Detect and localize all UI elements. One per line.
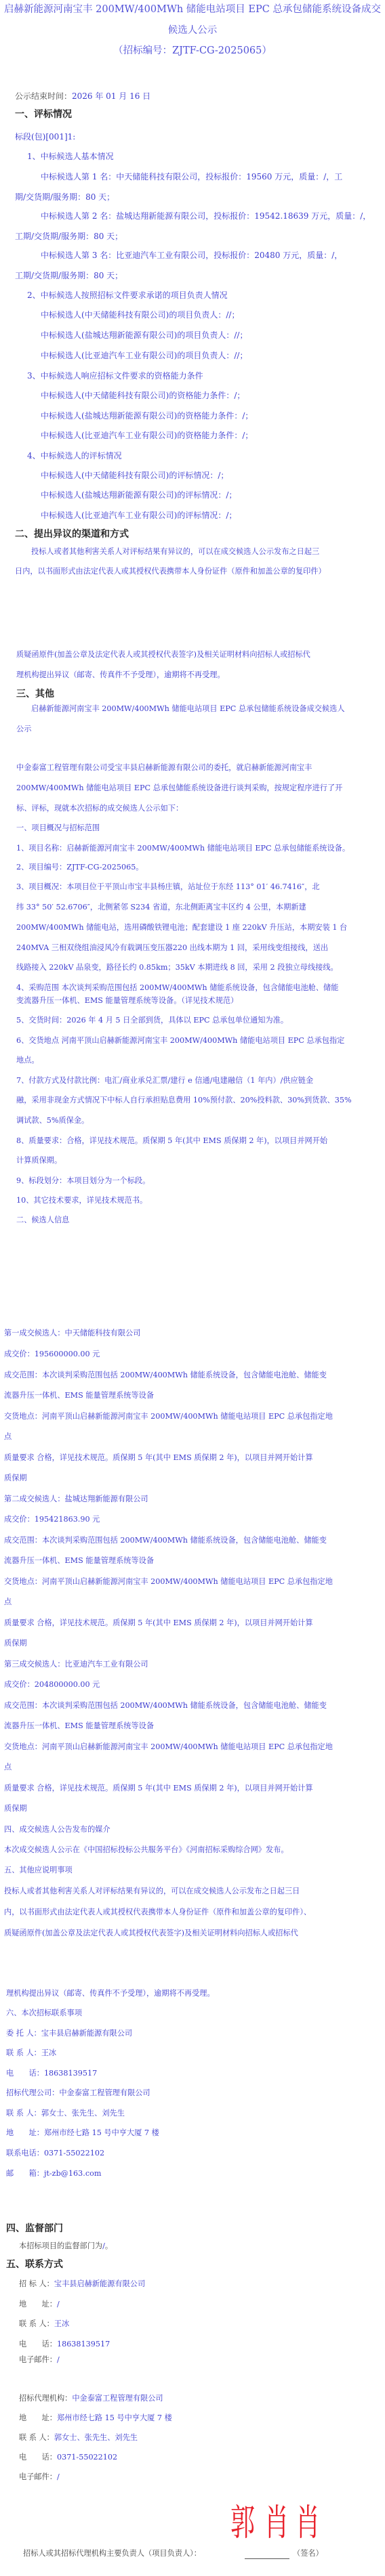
winner-2-scope2: 流器升压一体机、EMS 能量管理系统等设备 xyxy=(4,1555,154,1566)
supervision-suffix: 。 xyxy=(105,2241,113,2250)
section-4-heading: 四、监督部门 xyxy=(6,2221,63,2235)
field-label: 地 址： xyxy=(19,2300,57,2309)
publicity-end-value: 2026 年 01 月 16 日 xyxy=(72,91,150,101)
candidate-2-line1: 中标候选人第 2 名：盐城达翔新能源有限公司，投标报价：19542.18639 … xyxy=(41,210,371,221)
other-line-3: 质疑函原件(加盖公章及法定代表人或其授权代表签字)及相关证明材料向招标人或招标代 xyxy=(4,1927,298,1938)
eval-2: 中标候选人(盐城达翔新能源有限公司)的评标情况：/； xyxy=(41,489,237,500)
contact-line: 地 址：郑州市经七路 15 号中亨大厦 7 楼 xyxy=(6,2127,159,2138)
overview-line: 变流器升压一体机、EMS 能量管理系统等设备。（详见技术规范） xyxy=(16,995,238,1006)
signature-seal-char: 郭 xyxy=(230,2506,255,2542)
field-label: 联 系 人： xyxy=(19,2319,54,2328)
field-label: 联 系 人： xyxy=(19,2433,54,2442)
candidate-3-line1: 中标候选人第 3 名：比亚迪汽车工业有限公司，投标报价：20480 万元，质量：… xyxy=(41,249,342,261)
supervision-text: 本招标项目的监督部门为/。 xyxy=(19,2240,113,2251)
tenderer-address-row: 地 址：/ xyxy=(19,2298,60,2309)
field-value: 王冰 xyxy=(54,2319,69,2328)
bid-number: （招标编号：ZJTF-CG-2025065） xyxy=(0,43,385,57)
overview-line: 240MVA 三相双绕组油浸风冷有载调压变压器220 出线本期为 1 回，采用线… xyxy=(16,942,328,953)
qual-3: 中标候选人(比亚迪汽车工业有限公司)的资格能力条件：/； xyxy=(41,429,253,441)
objection-p2-line2: 理机构提出异议（邮寄、传真件不予受理），逾期将不再受理。 xyxy=(16,669,225,680)
candidate-2-line2: 工期/交货期/服务期：80 天； xyxy=(15,230,123,242)
contact-line: 招标代理公司：中金泰富工程管理有限公司 xyxy=(6,2087,150,2098)
winner-1-quality2: 质保期 xyxy=(4,1472,27,1483)
agency-name-row: 招标代理机构：中金泰富工程管理有限公司 xyxy=(19,2392,163,2403)
signature-suffix: （签名） xyxy=(293,2548,323,2558)
doc-title-line2: 候选人公示 xyxy=(0,22,385,37)
overview-line: 2、项目编号：ZJTF-CG-2025065。 xyxy=(16,861,144,872)
contact-heading: 六、本次招标联系事项 xyxy=(6,2007,82,2018)
winner-1-quality1: 质量要求 合格，详见技术规范。质保期 5 年(其中 EMS 质保期 2 年)，以… xyxy=(4,1452,313,1463)
agency-address-row: 地 址：郑州市经七路 15 号中亨大厦 7 楼 xyxy=(19,2412,172,2423)
signature-label: 招标人或其招标代理机构主要负责人（项目负责人）： xyxy=(23,2548,201,2558)
winner-3-place1: 交货地点：河南平顶山启赫新能源河南宝丰 200MW/400MWh 储能电站项目 … xyxy=(4,1741,333,1752)
winner-1-place1: 交货地点：河南平顶山启赫新能源河南宝丰 200MW/400MWh 储能电站项目 … xyxy=(4,1411,333,1421)
winner-3-quality1: 质量要求 合格，详见技术规范。质保期 5 年(其中 EMS 质保期 2 年)，以… xyxy=(4,1782,313,1793)
candidate-1-line1: 中标候选人第 1 名：中天储能科技有限公司，投标报价：19560 万元，质量：/… xyxy=(41,171,342,182)
body-line-3: 标、评标，现就本次招标的成交候选人公示如下： xyxy=(16,802,183,813)
agency-email-row: 电子邮件：/ xyxy=(19,2471,60,2482)
publicity-end-label: 公示结束时间： xyxy=(15,91,72,101)
section-5-heading: 五、联系方式 xyxy=(6,2257,63,2271)
field-value: 宝丰县启赫新能源有限公司 xyxy=(54,2279,145,2288)
objection-p2-line1: 质疑函原件(加盖公章及法定代表人或其授权代表签字)及相关证明材料向招标人或招标代 xyxy=(16,649,310,660)
tenderer-contact-row: 联 系 人：王冰 xyxy=(19,2318,69,2329)
overview-line: 8、质量要求：合格，详见技术规范。质保期 5 年(其中 EMS 质保期 2 年)… xyxy=(16,1135,327,1146)
sub-heading-4: 4、中标候选人的评标情况 xyxy=(27,450,122,461)
winner-2-quality2: 质保期 xyxy=(4,1637,27,1648)
field-value: / xyxy=(57,2355,60,2364)
body-line-2: 200MW/400MWh 储能电站项目 EPC 总承包储能系统设备进行谈判采购，… xyxy=(16,782,342,793)
overview-line: 纬 33° 50′ 52.6706″，北侧紧邻 S234 省道，东北侧距离宝丰区… xyxy=(16,901,306,912)
signature-seal-char: 肖 xyxy=(296,2506,320,2542)
body-line-1: 中金泰富工程管理有限公司受宝丰县启赫新能源有限公司的委托，就启赫新能源河南宝丰 xyxy=(16,762,312,773)
tenderer-phone-row: 电 话：18638139517 xyxy=(19,2338,110,2349)
winner-1-place2: 点 xyxy=(4,1431,12,1442)
overview-line: 7、付款方式及付款比例：电汇/商业承兑汇票/建行 e 信通/电建融信（1 年内）… xyxy=(16,1075,313,1086)
objection-p1-line2: 日内，以书面形式由法定代表人或其授权代表携带本人身份证件（原件和加盖公章的复印件… xyxy=(15,565,326,576)
lot-label: 标段(包)[001]1: xyxy=(15,131,75,142)
overview-line: 1、项目名称：启赫新能源河南宝丰 200MW/400MWh 储能电站项目 EPC… xyxy=(16,842,350,853)
overview-line: 10、其它技术要求，详见技术规范书。 xyxy=(16,1195,147,1205)
objection-p1-line1: 投标人或者其他利害关系人对评标结果有异议的，可以在成交候选人公示发布之日起三 xyxy=(31,546,319,557)
overview-line: 6、交货地点 河南平顶山启赫新能源河南宝丰 200MW/400MWh 储能电站项… xyxy=(16,1035,344,1046)
winner-3-scope1: 成交范围：本次谈判采购范围包括 200MW/400MWh 储能系统设备，包含储能… xyxy=(4,1700,327,1711)
field-value: 18638139517 xyxy=(57,2340,110,2348)
supervision-prefix: 本招标项目的监督部门为 xyxy=(19,2241,102,2250)
winner-1-name: 第一成交候选人：中天储能科技有限公司 xyxy=(4,1327,140,1338)
contact-line: 联系电话：0371-55022102 xyxy=(6,2147,104,2158)
winner-2-place1: 交货地点：河南平顶山启赫新能源河南宝丰 200MW/400MWh 储能电站项目 … xyxy=(4,1576,333,1587)
overview-heading: 一、项目概况与招标范围 xyxy=(16,822,100,833)
section-2-heading: 二、提出异议的渠道和方式 xyxy=(15,527,129,540)
candidate-3-line2: 工期/交货期/服务期：80 天； xyxy=(15,270,123,281)
field-label: 电子邮件： xyxy=(19,2355,57,2364)
winner-3-quality2: 质保期 xyxy=(4,1803,27,1813)
overview-line: 地点。 xyxy=(16,1054,39,1065)
other-line-4: 理机构提出异议（邮寄、传真件不予受理），逾期将不再受理。 xyxy=(6,1988,215,1998)
winner-2-quality1: 质量要求 合格，详见技术规范。质保期 5 年(其中 EMS 质保期 2 年)，以… xyxy=(4,1617,313,1628)
winner-3-price: 成交价：204800000.00 元 xyxy=(4,1679,100,1690)
field-value: / xyxy=(57,2472,60,2481)
section-3-heading: 三、其他 xyxy=(16,687,54,700)
agency-phone-row: 电 话：0371-55022102 xyxy=(19,2451,117,2462)
field-label: 电子邮件： xyxy=(19,2472,57,2481)
intro-line1: 启赫新能源河南宝丰 200MW/400MWh 储能电站项目 EPC 总承包储能系… xyxy=(31,703,345,714)
other-line-1: 投标人或者其他利害关系人对评标结果有异议的，可以在成交候选人公示发布之日起三日 xyxy=(4,1885,300,1896)
tenderer-email-row: 电子邮件：/ xyxy=(19,2354,60,2365)
overview-line: 线路接入 220kV 品泉变，路径长约 0.85km；35kV 本期进线 8 回… xyxy=(16,962,338,972)
candidate-1-line2: 期/交货期/服务期：80 天； xyxy=(15,191,115,202)
overview-line: 200MW/400MWh 储能电站，选用磷酸铁锂电池；配套建设 1 座 220k… xyxy=(16,922,347,932)
media-text: 本次成交候选人公示在《中国招标投标公共服务平台》《河南招标采购综合网》发布。 xyxy=(4,1844,289,1855)
qual-2: 中标候选人(盐城达翔新能源有限公司)的资格能力条件：/； xyxy=(41,410,253,421)
overview-line: 5、交货时间：2026 年 4 月 5 日全部到货，具体以 EPC 总承包单位通… xyxy=(16,1014,288,1025)
overview-line: 调试款、5%质保金。 xyxy=(16,1115,89,1125)
overview-line: 计算质保期。 xyxy=(16,1155,62,1165)
contact-line: 联 系 人：郭女士、张先生、刘先生 xyxy=(6,2107,125,2118)
field-value: 郭女士、张先生、刘先生 xyxy=(54,2433,138,2442)
signature-line xyxy=(245,2558,289,2559)
sub-heading-2: 2、中标候选人按照招标文件要求承诺的项目负责人情况 xyxy=(27,289,228,301)
tenderer-name-row: 招 标 人：宝丰县启赫新能源有限公司 xyxy=(19,2278,145,2289)
section-1-heading: 一、评标情况 xyxy=(15,107,72,121)
overview-line: 4、采购范围 本次谈判采购范围包括 200MW/400MWh 储能系统设备，包含… xyxy=(16,982,338,993)
sub-heading-1: 1、中标候选人基本情况 xyxy=(27,150,114,162)
winner-2-scope1: 成交范围：本次谈判采购范围包括 200MW/400MWh 储能系统设备，包含储能… xyxy=(4,1534,327,1545)
other-heading: 五、其他应说明事项 xyxy=(4,1864,73,1875)
contact-line: 电 话：18638139517 xyxy=(6,2067,97,2078)
field-value: 郑州市经七路 15 号中亨大厦 7 楼 xyxy=(57,2413,172,2422)
pm-1: 中标候选人(中天储能科技有限公司)的项目负责人：//； xyxy=(41,309,239,320)
winner-1-scope2: 流器升压一体机、EMS 能量管理系统等设备 xyxy=(4,1390,154,1400)
field-label: 电 话： xyxy=(19,2340,57,2348)
publicity-end: 公示结束时间：2026 年 01 月 16 日 xyxy=(15,90,150,102)
winner-1-scope1: 成交范围：本次谈判采购范围包括 200MW/400MWh 储能系统设备，包含储能… xyxy=(4,1369,327,1380)
winner-3-name: 第三成交候选人：比亚迪汽车工业有限公司 xyxy=(4,1658,148,1669)
field-label: 招 标 人： xyxy=(19,2279,54,2288)
contact-line: 联 系 人：王冰 xyxy=(6,2047,56,2058)
media-heading: 四、成交候选人公告发布的媒介 xyxy=(4,1824,110,1834)
eval-3: 中标候选人(比亚迪汽车工业有限公司)的评标情况：/； xyxy=(41,509,237,521)
winner-2-price: 成交价：195421863.90 元 xyxy=(4,1514,100,1524)
eval-1: 中标候选人(中天储能科技有限公司)的评标情况：/； xyxy=(41,469,228,481)
field-label: 招标代理机构： xyxy=(19,2394,72,2403)
winner-3-scope2: 流器升压一体机、EMS 能量管理系统等设备 xyxy=(4,1720,154,1731)
agency-contact-row: 联 系 人：郭女士、张先生、刘先生 xyxy=(19,2432,138,2443)
sub-heading-3: 3、中标候选人响应招标文件要求的资格能力条件 xyxy=(27,370,203,381)
overview-line: 9、标段划分：本项目划分为一个标段。 xyxy=(16,1175,150,1186)
pm-2: 中标候选人(盐城达翔新能源有限公司)的项目负责人：//； xyxy=(41,329,247,341)
overview-line: 融，采用非现金方式情况下中标人自行承担贴息费用 10%预付款、20%投料款、30… xyxy=(16,1094,352,1105)
doc-title-line1: 启赫新能源河南宝丰 200MW/400MWh 储能电站项目 EPC 总承包储能系… xyxy=(0,1,385,16)
winner-2-name: 第二成交候选人：盐城达翔新能源有限公司 xyxy=(4,1493,148,1504)
signature-seal-char: 肖 xyxy=(264,2506,289,2542)
other-line-2: 内，以书面形式由法定代表人或其授权代表携带本人身份证件（原件和加盖公章的复印件）… xyxy=(4,1906,311,1917)
winner-2-place2: 点 xyxy=(4,1596,12,1607)
overview-line: 3、项目概况：本项目位于平顶山市宝丰县杨庄镇，站址位于东经 113° 01′ 4… xyxy=(16,881,320,892)
winner-3-place2: 点 xyxy=(4,1761,12,1772)
overview-line: 二、候选人信息 xyxy=(16,1214,69,1225)
field-value: 中金泰富工程管理有限公司 xyxy=(72,2394,163,2403)
intro-line2: 公示 xyxy=(16,723,31,734)
qual-1: 中标候选人(中天储能科技有限公司)的资格能力条件：/； xyxy=(41,389,245,401)
contact-email: 邮 箱：jt-zb@163.com xyxy=(6,2168,101,2178)
field-label: 地 址： xyxy=(19,2413,57,2422)
field-value: / xyxy=(57,2300,60,2309)
pm-3: 中标候选人(比亚迪汽车工业有限公司)的项目负责人：//； xyxy=(41,349,247,361)
winner-1-price: 成交价：195600000.00 元 xyxy=(4,1348,100,1359)
contact-line: 委 托 人：宝丰县启赫新能源有限公司 xyxy=(6,2027,132,2038)
field-label: 电 话： xyxy=(19,2453,57,2462)
field-value: 0371-55022102 xyxy=(57,2453,117,2462)
